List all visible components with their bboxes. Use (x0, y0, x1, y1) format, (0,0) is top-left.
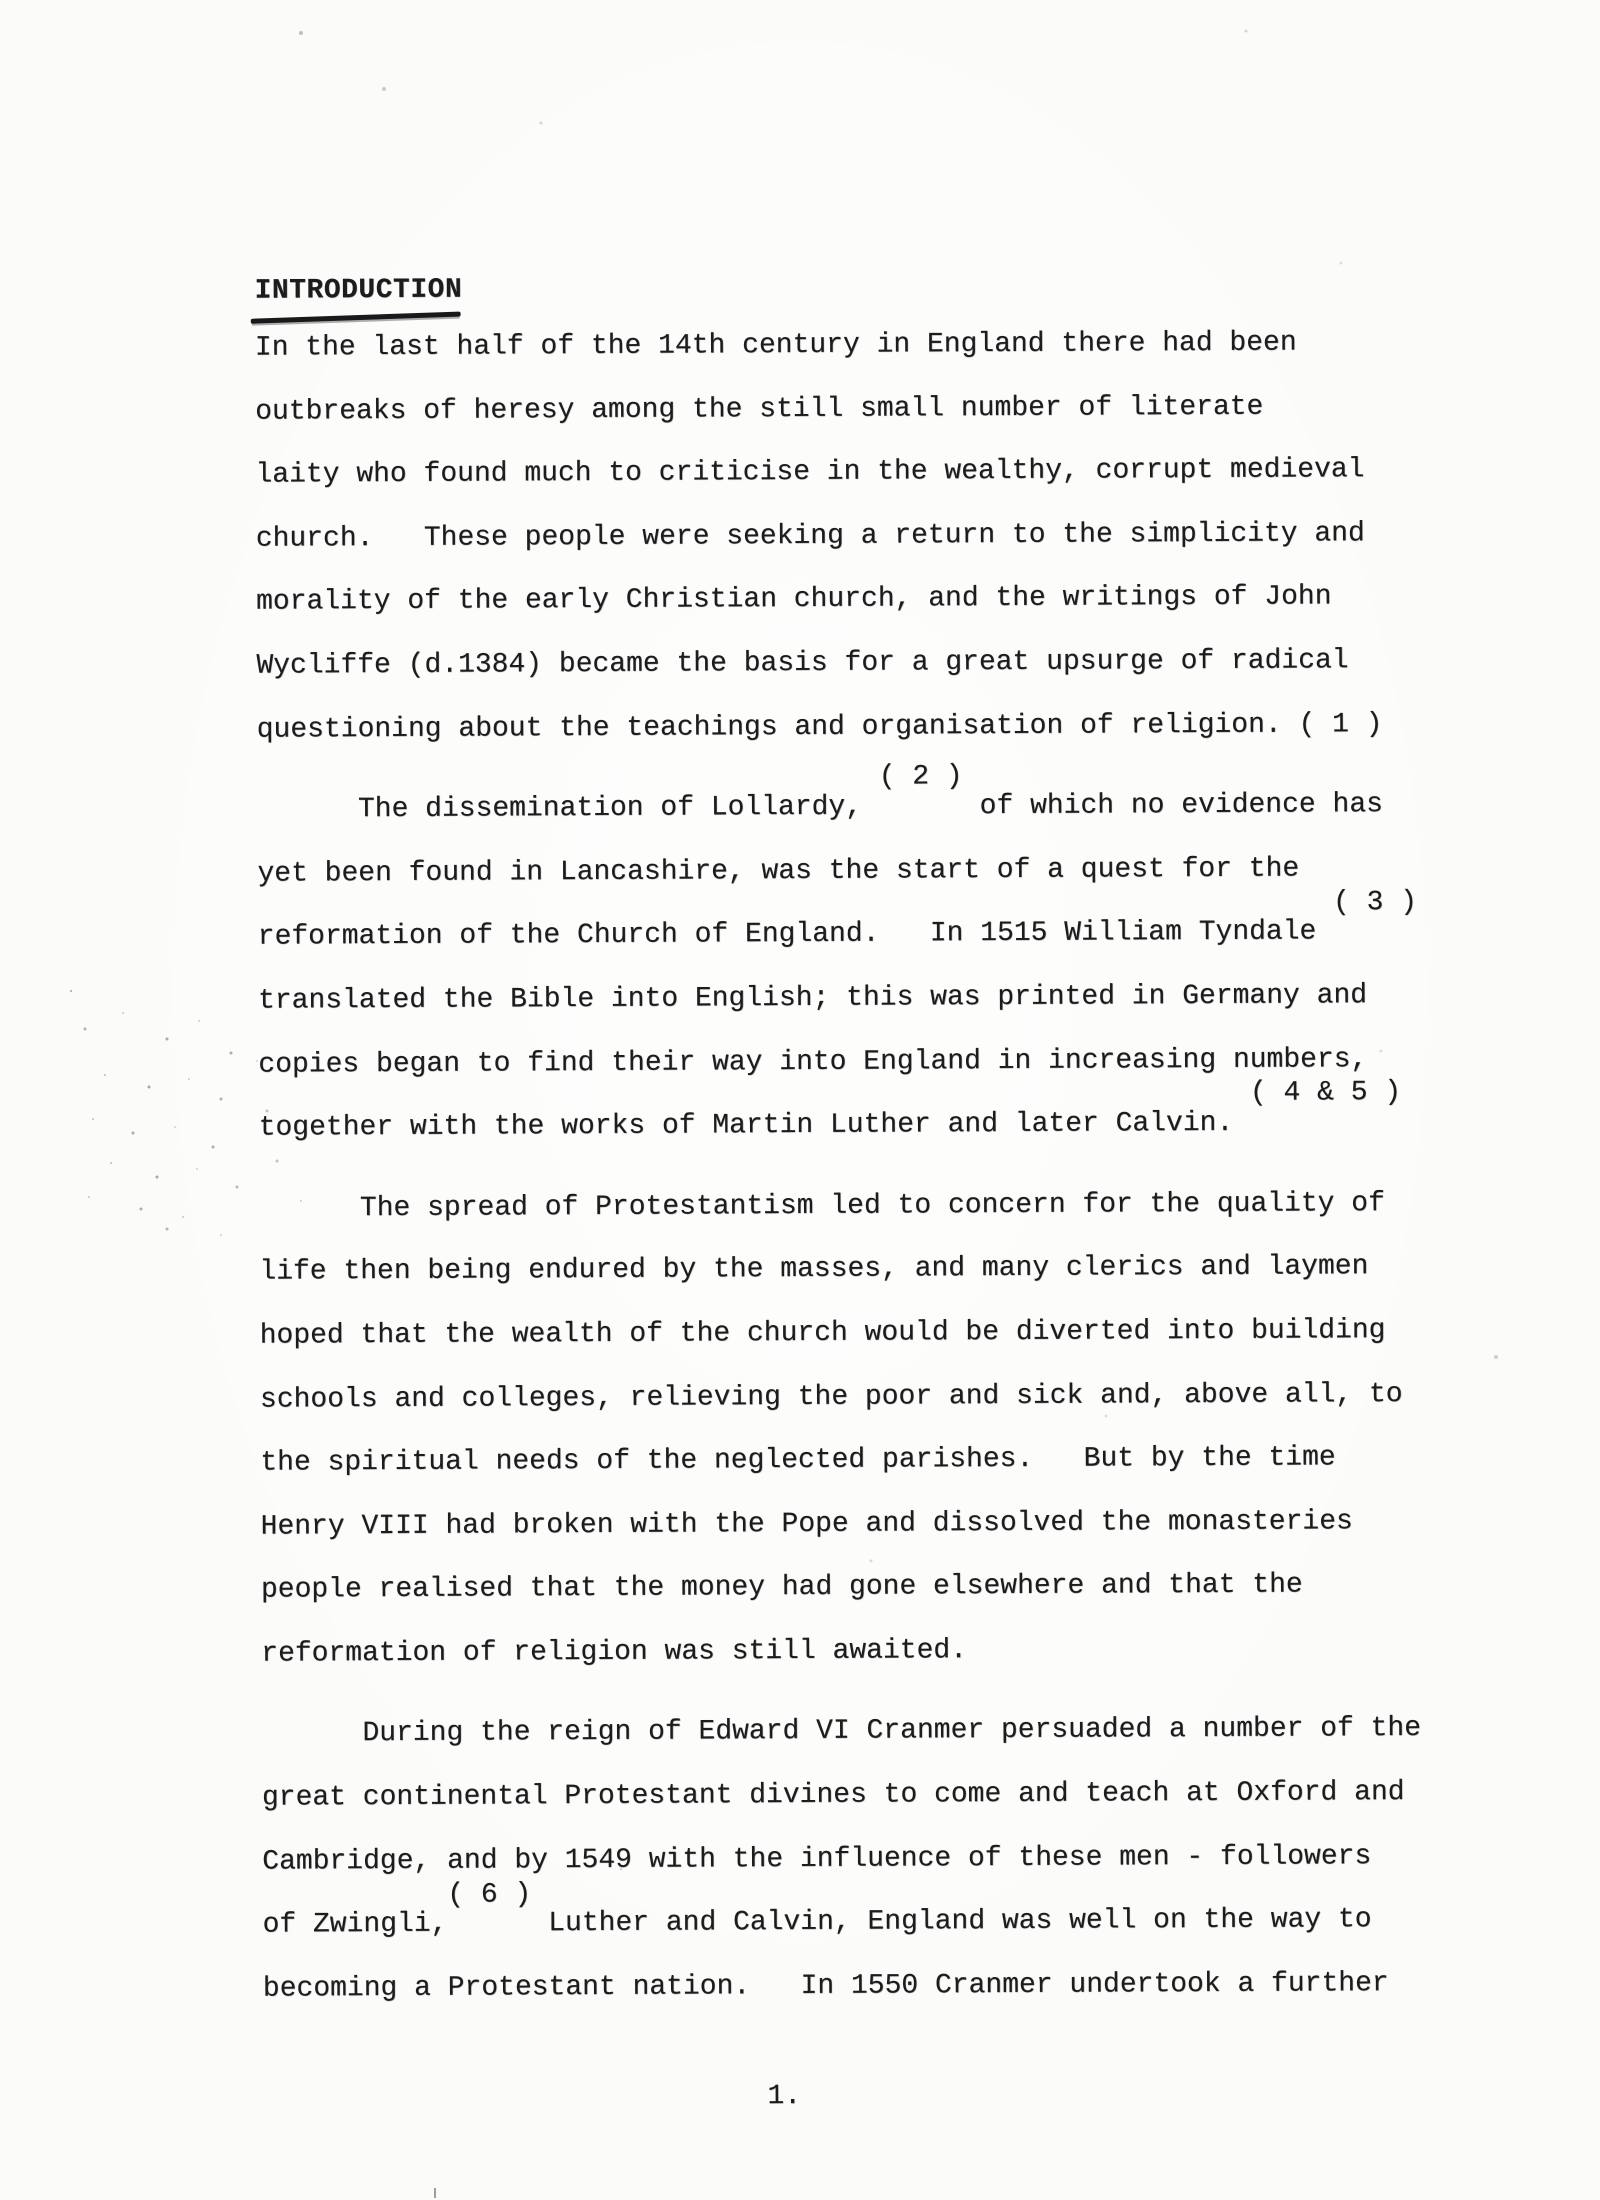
text-segment: morality of the early Christian church, … (256, 582, 1332, 618)
text-segment: of which no evidence has (963, 789, 1383, 822)
text-segment: Cambridge, and by 1549 with the influenc… (262, 1841, 1371, 1877)
text-segment: questioning about the teachings and orga… (257, 709, 1383, 746)
text-segment: becoming a Protestant nation. In 1550 Cr… (263, 1968, 1389, 2005)
text-segment: reformation of the Church of England. In… (258, 917, 1334, 953)
text-line: The dissemination of Lollardy, ( 2 ) of … (257, 773, 1437, 842)
page-title: INTRODUCTION (255, 276, 463, 307)
text-segment: reformation of religion was still awaite… (261, 1635, 967, 1669)
text-line: translated the Bible into English; this … (258, 964, 1438, 1033)
text-line: great continental Protestant divines to … (262, 1761, 1442, 1830)
text-line: life then being endured by the masses, a… (259, 1235, 1439, 1304)
text-segment: of Zwingli, (262, 1909, 447, 1941)
text-line: In the last half of the 14th century in … (255, 311, 1435, 380)
text-line: morality of the early Christian church, … (256, 565, 1436, 634)
text-line: becoming a Protestant nation. In 1550 Cr… (263, 1952, 1443, 2021)
text-segment: The spread of Protestantism led to conce… (259, 1188, 1385, 1225)
text-line: the spiritual needs of the neglected par… (260, 1426, 1440, 1495)
text-segment: outbreaks of heresy among the still smal… (255, 391, 1263, 427)
scan-artifact (0, 0, 2, 2)
text-segment: yet been found in Lancashire, was the st… (257, 853, 1299, 889)
text-line: together with the works of Martin Luther… (259, 1091, 1439, 1160)
scanned-page: INTRODUCTION In the last half of the 14t… (0, 0, 1600, 2200)
text-segment: church. These people were seeking a retu… (256, 518, 1365, 554)
text-line: questioning about the teachings and orga… (257, 692, 1437, 761)
text-line: of Zwingli,( 6 ) Luther and Calvin, Engl… (262, 1888, 1442, 1957)
text-line: reformation of religion was still awaite… (261, 1617, 1441, 1686)
text-segment: In the last half of the 14th century in … (255, 328, 1297, 364)
text-line: Wycliffe (d.1384) became the basis for a… (256, 629, 1436, 698)
footnote-ref: ( 2 ) (879, 762, 963, 793)
text-segment: During the reign of Edward VI Cranmer pe… (262, 1713, 1422, 1750)
text-segment: life then being endured by the masses, a… (259, 1252, 1368, 1288)
paragraph: The dissemination of Lollardy, ( 2 ) of … (257, 773, 1439, 1160)
footnote-ref: ( 3 ) (1333, 887, 1417, 918)
footnote-ref: ( 6 ) (447, 1879, 531, 1910)
text-line: people realised that the money had gone … (261, 1553, 1441, 1622)
text-line: During the reign of Edward VI Cranmer pe… (261, 1697, 1441, 1766)
text-line: yet been found in Lancashire, was the st… (257, 837, 1437, 906)
text-segment: the spiritual needs of the neglected par… (260, 1442, 1336, 1478)
text-segment: schools and colleges, relieving the poor… (260, 1379, 1403, 1416)
text-segment: great continental Protestant divines to … (262, 1777, 1405, 1814)
footnote-ref: ( 4 & 5 ) (1250, 1078, 1401, 1110)
paragraph: During the reign of Edward VI Cranmer pe… (261, 1697, 1443, 2021)
text-line: hoped that the wealth of the church woul… (260, 1299, 1440, 1368)
document-body: In the last half of the 14th century in … (255, 311, 1443, 2021)
text-segment: Luther and Calvin, England was well on t… (531, 1904, 1371, 1939)
text-line: schools and colleges, relieving the poor… (260, 1362, 1440, 1431)
text-line: church. These people were seeking a retu… (256, 502, 1436, 571)
page-number: 1. (767, 2082, 801, 2112)
text-segment: The dissemination of Lollardy, (257, 792, 879, 826)
text-line: outbreaks of heresy among the still smal… (255, 374, 1435, 443)
text-segment: Wycliffe (d.1384) became the basis for a… (256, 645, 1348, 681)
text-line: Henry VIII had broken with the Pope and … (260, 1490, 1440, 1559)
text-line: reformation of the Church of England. In… (258, 900, 1438, 969)
text-segment: people realised that the money had gone … (261, 1570, 1303, 1606)
text-segment: Henry VIII had broken with the Pope and … (261, 1506, 1353, 1542)
paragraph: The spread of Protestantism led to conce… (259, 1172, 1441, 1687)
typed-text-layer: INTRODUCTION In the last half of the 14t… (0, 0, 1600, 2200)
text-line: The spread of Protestantism led to conce… (259, 1172, 1439, 1241)
paragraph: In the last half of the 14th century in … (255, 311, 1437, 762)
text-line: Cambridge, and by 1549 with the influenc… (262, 1825, 1442, 1894)
text-segment: copies began to find their way into Engl… (258, 1044, 1367, 1080)
text-segment: translated the Bible into English; this … (258, 980, 1367, 1016)
text-segment: laity who found much to criticise in the… (255, 454, 1364, 490)
text-segment: hoped that the wealth of the church woul… (260, 1315, 1386, 1352)
text-segment: together with the works of Martin Luther… (259, 1108, 1251, 1144)
text-line: laity who found much to criticise in the… (255, 438, 1435, 507)
